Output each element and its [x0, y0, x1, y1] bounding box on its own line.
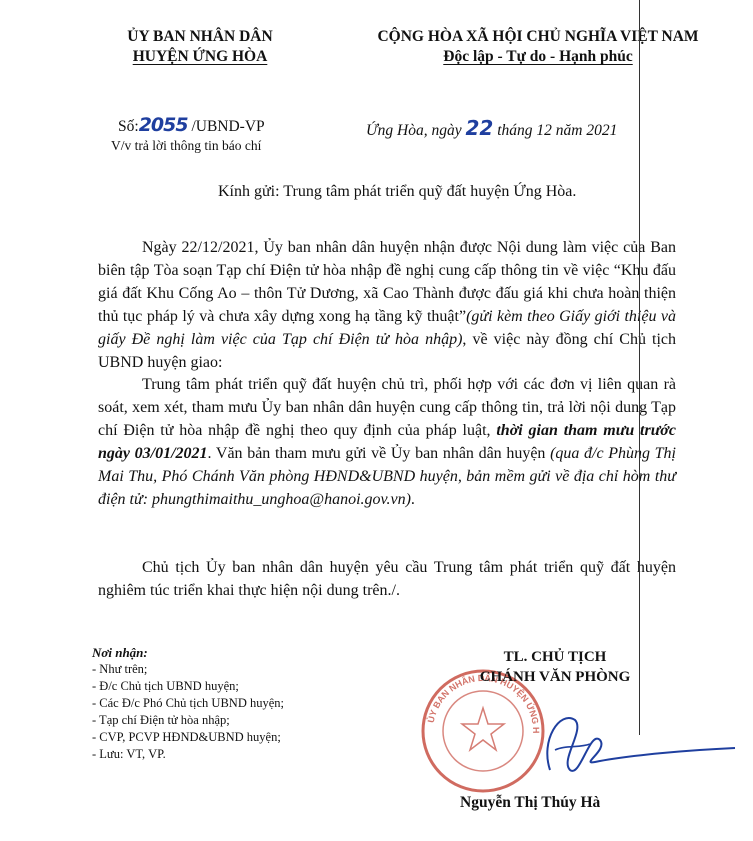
date-prefix: Ứng Hòa, ngày	[366, 122, 462, 139]
signature-block: TL. CHỦ TỊCH CHÁNH VĂN PHÒNG	[440, 647, 670, 687]
addressee: Kính gửi: Trung tâm phát triển quỹ đất h…	[218, 183, 576, 201]
national-motto: Độc lập - Tự do - Hạnh phúc	[443, 48, 632, 65]
document-number: Số:2055 /UBND-VP	[118, 114, 265, 136]
nation-name: CỘNG HÒA XÃ HỘI CHỦ NGHĨA VIỆT NAM	[328, 27, 748, 47]
org-name-line1: ỦY BAN NHÂN DÂN	[100, 27, 300, 47]
signature-position: CHÁNH VĂN PHÒNG	[440, 667, 670, 687]
number-prefix: Số:	[118, 118, 139, 135]
place-and-date: Ứng Hòa, ngày 22 tháng 12 năm 2021	[366, 116, 617, 140]
body-paragraph-3: Chủ tịch Ủy ban nhân dân huyện yêu cầu T…	[98, 556, 676, 602]
body-paragraph-2: Trung tâm phát triển quỹ đất huyện chủ t…	[98, 373, 676, 511]
recipient-item: - Lưu: VT, VP.	[92, 746, 284, 763]
recipient-item: - Tạp chí Điện tử hòa nhập;	[92, 712, 284, 729]
issuing-organization: ỦY BAN NHÂN DÂN HUYỆN ỨNG HÒA	[100, 27, 300, 67]
recipient-item: - Đ/c Chủ tịch UBND huyện;	[92, 678, 284, 695]
number-suffix: /UBND-VP	[191, 118, 264, 135]
handwritten-day: 22	[466, 116, 494, 140]
recipient-item: - Như trên;	[92, 661, 284, 678]
handwritten-signature-icon	[520, 700, 740, 790]
handwritten-number: 2055	[139, 114, 188, 136]
national-title: CỘNG HÒA XÃ HỘI CHỦ NGHĨA VIỆT NAM Độc l…	[328, 27, 748, 67]
p3-text: Chủ tịch Ủy ban nhân dân huyện yêu cầu T…	[98, 559, 676, 599]
body-paragraph-1: Ngày 22/12/2021, Ủy ban nhân dân huyện n…	[98, 236, 676, 374]
recipients-list: Nơi nhận: - Như trên; - Đ/c Chủ tịch UBN…	[92, 644, 284, 763]
p2-tail: .	[411, 491, 415, 508]
p2-mid: . Văn bản tham mưu gửi về Ủy ban nhân dâ…	[208, 445, 551, 462]
recipient-item: - CVP, PCVP HĐND&UBND huyện;	[92, 729, 284, 746]
document-subject: V/v trả lời thông tin báo chí	[111, 138, 261, 154]
recipient-item: - Các Đ/c Phó Chủ tịch UBND huyện;	[92, 695, 284, 712]
signer-name: Nguyễn Thị Thúy Hà	[460, 794, 600, 812]
signature-authority: TL. CHỦ TỊCH	[440, 647, 670, 667]
recipients-title: Nơi nhận:	[92, 644, 284, 661]
date-suffix: tháng 12 năm 2021	[497, 122, 617, 139]
org-name-line2: HUYỆN ỨNG HÒA	[133, 47, 268, 67]
scan-line-divider	[639, 0, 640, 735]
